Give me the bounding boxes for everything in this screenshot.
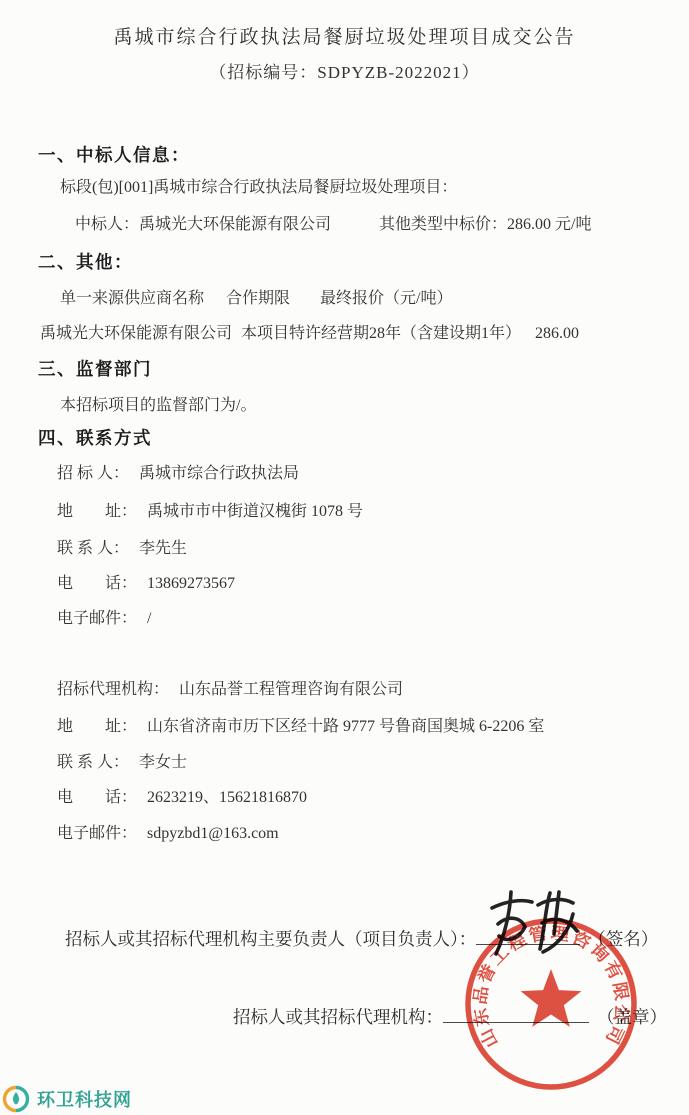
supervision-body: 本招标项目的监督部门为/。	[60, 394, 256, 418]
document-page: 禹城市综合行政执法局餐厨垃圾处理项目成交公告 （招标编号：SDPYZB-2022…	[0, 0, 689, 1115]
lot-line: 标段(包)[001]禹城市综合行政执法局餐厨垃圾处理项目：	[60, 176, 457, 200]
section-3-heading: 三、监督部门	[38, 357, 152, 381]
agency-row: 电子邮件：sdpyzbd1@163.com	[57, 822, 279, 846]
phone-label: 电 话：	[57, 575, 137, 592]
section-2-heading: 二、其他：	[38, 250, 133, 274]
watermark-logo-icon	[2, 1085, 30, 1113]
price-label: 其他类型中标价：	[379, 216, 507, 233]
watermark-text: 环卫科技网	[37, 1086, 132, 1112]
seal-star-icon	[521, 969, 582, 1027]
watermark: 环卫科技网	[2, 1085, 132, 1113]
agency-phone-value: 2623219、15621816870	[147, 789, 307, 806]
agency-row: 电 话：2623219、15621816870	[57, 786, 307, 810]
agency-row: 地 址：山东省济南市历下区经十路 9777 号鲁商国奥城 6-2206 室	[57, 715, 544, 739]
winner-name: 禹城光大环保能源有限公司	[139, 216, 331, 233]
company-seal-stamp: 山东品誉工程管理咨询有限公司	[462, 915, 640, 1093]
other-table-header: 单一来源供应商名称合作期限最终报价（元/吨）	[60, 287, 452, 311]
contact-value: 李先生	[139, 540, 187, 557]
col-supplier: 单一来源供应商名称	[60, 290, 204, 307]
agency-phone-label: 电 话：	[57, 789, 137, 806]
tenderer-value: 禹城市综合行政执法局	[139, 465, 299, 482]
address-value: 禹城市市中街道汉槐街 1078 号	[147, 503, 363, 520]
email-label: 电子邮件：	[57, 610, 137, 627]
agency-value: 山东品誉工程管理咨询有限公司	[179, 681, 403, 698]
winner-line: 中标人：禹城光大环保能源有限公司其他类型中标价：286.00 元/吨	[75, 213, 592, 237]
tenderer-row: 招 标 人：禹城市综合行政执法局	[57, 462, 299, 486]
agency-email-label: 电子邮件：	[57, 825, 137, 842]
agency-contact-value: 李女士	[139, 754, 187, 771]
phone-value: 13869273567	[147, 575, 235, 592]
section-1-heading: 一、中标人信息：	[38, 143, 190, 167]
col-period: 合作期限	[226, 290, 290, 307]
tenderer-label: 招 标 人：	[57, 465, 129, 482]
address-label: 地 址：	[57, 503, 137, 520]
bid-number-line: （招标编号：SDPYZB-2022021）	[0, 61, 689, 85]
responsible-label: 招标人或其招标代理机构主要负责人（项目负责人）：	[65, 929, 476, 949]
agency-label: 招标代理机构：	[57, 681, 169, 698]
other-table-row: 禹城光大环保能源有限公司本项目特许经营期28年（含建设期1年）286.00	[40, 322, 579, 346]
email-value: /	[147, 610, 151, 627]
agency-address-value: 山东省济南市历下区经十路 9777 号鲁商国奥城 6-2206 室	[147, 718, 544, 735]
tenderer-row: 联 系 人：李先生	[57, 537, 187, 561]
cell-supplier: 禹城光大环保能源有限公司	[40, 325, 232, 342]
agency-address-label: 地 址：	[57, 718, 137, 735]
cell-price: 286.00	[535, 325, 579, 342]
agency-contact-label: 联 系 人：	[57, 754, 129, 771]
agency-email-value: sdpyzbd1@163.com	[147, 825, 279, 842]
tenderer-row: 电 话：13869273567	[57, 572, 235, 596]
tenderer-row: 电子邮件：/	[57, 607, 151, 631]
agency-row: 招标代理机构：山东品誉工程管理咨询有限公司	[57, 678, 403, 702]
page-title: 禹城市综合行政执法局餐厨垃圾处理项目成交公告	[0, 26, 689, 50]
section-4-heading: 四、联系方式	[38, 426, 152, 450]
col-price: 最终报价（元/吨）	[320, 290, 452, 307]
org-label: 招标人或其招标代理机构：	[233, 1007, 443, 1027]
tenderer-row: 地 址：禹城市市中街道汉槐街 1078 号	[57, 500, 363, 524]
winner-label: 中标人：	[75, 216, 139, 233]
agency-row: 联 系 人：李女士	[57, 751, 187, 775]
price-value: 286.00 元/吨	[507, 216, 591, 233]
contact-label: 联 系 人：	[57, 540, 129, 557]
cell-period: 本项目特许经营期28年（含建设期1年）	[241, 325, 521, 342]
